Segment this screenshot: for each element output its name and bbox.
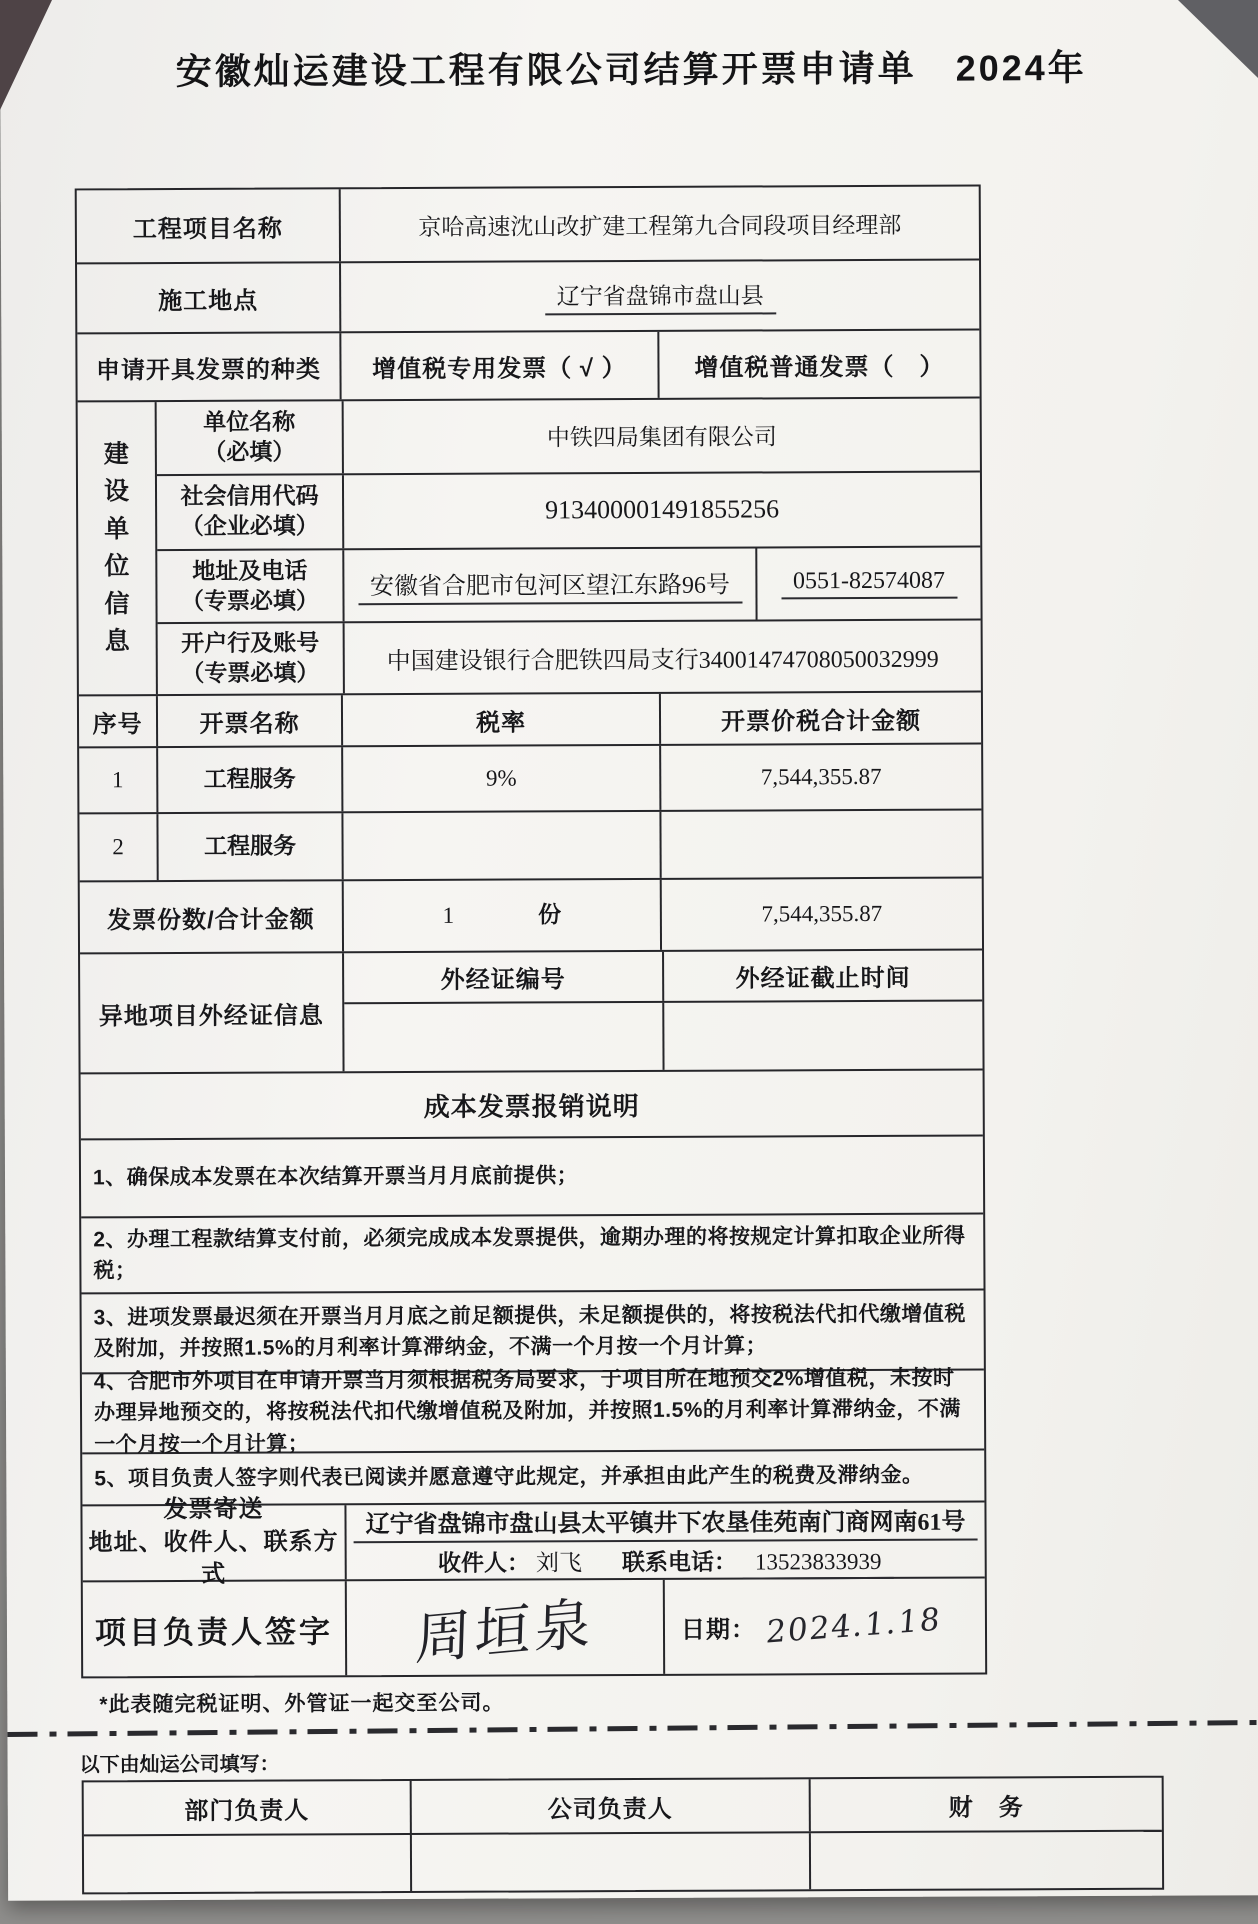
delivery-contact-line: 收件人： 刘飞 联系电话： 13523833939 [438,1542,894,1580]
delivery-address-value: 辽宁省盘锦市盘山县太平镇井下农垦佳苑南门商网南61号 [353,1501,977,1543]
bank-label: 开户行及账号 [181,629,319,659]
paper-sheet: 安徽灿运建设工程有限公司结算开票申请单 2024年 工程项目名称 京哈高速沈山改… [0,0,1258,1901]
foreign-cert-no-value [344,1003,662,1071]
item-amount [659,810,981,877]
item-rate [341,812,659,879]
item-row: 1 工程服务 9% 7,544,355.87 [79,742,981,812]
table-row: 申请开具发票的种类 增值税专用发票（ √ ） 增值税普通发票（ ） [77,328,979,400]
invoice-count-label: 发票份数/合计金额 [80,881,342,952]
recipient-label: 收件人： [438,1548,530,1578]
unit-name-label: 单位名称 [203,407,295,437]
project-name-value: 京哈高速沈山改扩建工程第九合同段项目经理部 [339,186,979,261]
form-title: 安徽灿运建设工程有限公司结算开票申请单 2024年 [0,39,1258,96]
notes-header-row: 成本发票报销说明 [81,1068,983,1138]
project-name-label: 工程项目名称 [77,189,339,262]
invoice-application-table: 工程项目名称 京哈高速沈山改扩建工程第九合同段项目经理部 施工地点 辽宁省盘锦市… [75,184,987,1678]
builder-phone-value: 0551-82574087 [781,568,957,600]
location-value-cell: 辽宁省盘锦市盘山县 [339,260,979,331]
builder-rows: 单位名称 （必填） 中铁四局集团有限公司 社会信用代码 （企业必填） 91340… [155,398,981,694]
foreign-cert-no-header: 外经证编号 [344,952,662,1003]
date-handwriting: 2024.1.18 [765,1601,943,1650]
sign-label: 项目负责人签字 [83,1581,345,1676]
note-row: 3、进项发票最迟须在开票当月月底之前足额提供，未足额提供的，将按税法代扣代缴增值… [82,1288,984,1372]
table-row: 社会信用代码 （企业必填） 913400001491855256 [157,470,980,549]
approval-empty-cell [84,1835,410,1892]
address-phone-label-cell: 地址及电话 （专票必填） [157,550,342,622]
bank-sublabel: （专票必填） [181,659,319,689]
vat-general-option: 增值税普通发票（ ） [657,330,979,397]
col-header-no: 序号 [79,696,156,746]
builder-address-value: 安徽省合肥市包河区望江东路96号 [358,565,742,606]
delivery-label-cell: 发票寄送 地址、收件人、联系方式 [82,1505,344,1580]
approval-empty-row [84,1830,1162,1893]
note-item: 3、进项发票最迟须在开票当月月底之前足额提供，未足额提供的，将按税法代扣代缴增值… [82,1290,984,1372]
table-row: 外经证编号 外经证截止时间 [344,950,982,1002]
unit-name-sublabel: （必填） [203,437,295,467]
item-no: 2 [79,814,156,880]
table-row: 地址及电话 （专票必填） 安徽省合肥市包河区望江东路96号 0551-82574… [157,545,980,622]
foreign-cert-group: 异地项目外经证信息 外经证编号 外经证截止时间 [80,948,983,1072]
approval-empty-cell [809,1832,1162,1890]
signature-cell: 周垣泉 [345,1580,663,1675]
contact-phone-value: 13523833939 [743,1548,894,1579]
footnote: *此表随完税证明、外管证一起交至公司。 [99,1687,504,1719]
note-row: 2、办理工程款结算支付前，必须完成成本发票提供，逾期办理的将按规定计算扣取企业所… [81,1212,983,1292]
approval-header-row: 部门负责人 公司负责人 财 务 [84,1778,1162,1835]
credit-code-label: 社会信用代码 [180,482,318,512]
delivery-row: 发票寄送 地址、收件人、联系方式 辽宁省盘锦市盘山县太平镇井下农垦佳苑南门商网南… [82,1500,984,1580]
foreign-cert-deadline-header: 外经证截止时间 [662,950,982,1001]
company-fill-note: 以下由灿运公司填写： [80,1748,280,1778]
credit-code-label-cell: 社会信用代码 （企业必填） [157,475,342,549]
item-amount: 7,544,355.87 [659,744,981,809]
col-header-name: 开票名称 [156,695,341,746]
delivery-label-line1: 发票寄送 [163,1494,263,1527]
delivery-info-cell: 辽宁省盘锦市盘山县太平镇井下农垦佳苑南门商网南61号 收件人： 刘飞 联系电话：… [344,1502,984,1579]
invoice-type-label: 申请开具发票的种类 [77,333,339,400]
scanned-form-photo: 安徽灿运建设工程有限公司结算开票申请单 2024年 工程项目名称 京哈高速沈山改… [0,0,1258,1924]
table-row [344,1000,982,1072]
item-rate: 9% [341,746,659,811]
builder-group-label-cell: 建设单位信息 [78,402,156,694]
credit-code-sublabel: （企业必填） [181,512,319,542]
approval-header-dept: 部门负责人 [84,1781,410,1834]
note-item: 4、合肥市外项目在申请开票当月须根据税务局要求，于项目所在地预交2%增值税，未按… [82,1370,984,1452]
location-label: 施工地点 [77,263,339,332]
note-item: 2、办理工程款结算支付前，必须完成成本发票提供，逾期办理的将按规定计算扣取企业所… [81,1214,983,1292]
item-no: 1 [79,748,156,812]
approval-empty-cell [410,1833,809,1891]
invoice-count-value: 1 [443,903,455,929]
signature-row: 项目负责人签字 周垣泉 日期： 2024.1.18 [83,1576,985,1676]
address-phone-sublabel: （专票必填） [181,586,319,616]
location-value: 辽宁省盘锦市盘山县 [545,277,776,315]
approval-header-company: 公司负责人 [410,1779,809,1833]
total-amount-value: 7,544,355.87 [660,878,982,949]
bank-value: 中国建设银行合肥铁四局支行34001474708050032999 [343,621,981,693]
date-label: 日期： [681,1609,756,1644]
note-row: 4、合肥市外项目在申请开票当月须根据税务局要求，于项目所在地预交2%增值税，未按… [82,1368,984,1452]
col-header-rate: 税率 [341,694,659,745]
builder-info-group: 建设单位信息 单位名称 （必填） 中铁四局集团有限公司 社会信用代码 （企业必填… [78,396,981,694]
approval-header-finance: 财 务 [809,1778,1162,1832]
bank-label-cell: 开户行及账号 （专票必填） [158,624,343,694]
note-item: 1、确保成本发票在本次结算开票当月月底前提供； [81,1136,983,1216]
builder-group-label: 建设单位信息 [101,436,132,661]
contact-phone-label: 联系电话： [622,1547,737,1577]
builder-phone-cell: 0551-82574087 [755,547,980,619]
table-row: 施工地点 辽宁省盘锦市盘山县 [77,258,979,332]
table-row: 开户行及账号 （专票必填） 中国建设银行合肥铁四局支行3400147470805… [158,619,981,694]
recipient-value: 刘飞 [536,1544,582,1577]
unit-name-value: 中铁四局集团有限公司 [342,398,980,472]
item-name: 工程服务 [156,747,341,812]
foreign-cert-columns: 外经证编号 外经证截止时间 [342,950,983,1071]
address-phone-label: 地址及电话 [192,556,307,586]
summary-row: 发票份数/合计金额 1 份 7,544,355.87 [80,876,982,952]
builder-address-cell: 安徽省合肥市包河区望江东路96号 [342,548,755,621]
foreign-cert-deadline-value [662,1002,982,1070]
table-row: 工程项目名称 京哈高速沈山改扩建工程第九合同段项目经理部 [77,186,979,262]
vat-special-option: 增值税专用发票（ √ ） [339,332,657,399]
signature-handwriting: 周垣泉 [414,1579,596,1676]
approval-table: 部门负责人 公司负责人 财 务 [82,1776,1164,1895]
invoice-count-cell: 1 份 [342,880,660,951]
items-header-row: 序号 开票名称 税率 开票价税合计金额 [79,690,981,746]
table-row: 单位名称 （必填） 中铁四局集团有限公司 [157,398,980,473]
notes-header: 成本发票报销说明 [81,1070,983,1138]
invoice-count-unit: 份 [538,900,561,930]
cut-divider-line [7,1720,1258,1737]
item-row: 2 工程服务 [79,808,981,880]
date-cell: 日期： 2024.1.18 [663,1578,985,1673]
unit-name-label-cell: 单位名称 （必填） [157,401,342,473]
col-header-amount: 开票价税合计金额 [659,692,981,743]
foreign-cert-label: 异地项目外经证信息 [80,953,343,1072]
credit-code-value: 913400001491855256 [342,472,980,548]
note-row: 1、确保成本发票在本次结算开票当月月底前提供； [81,1134,983,1216]
item-name: 工程服务 [156,813,341,880]
